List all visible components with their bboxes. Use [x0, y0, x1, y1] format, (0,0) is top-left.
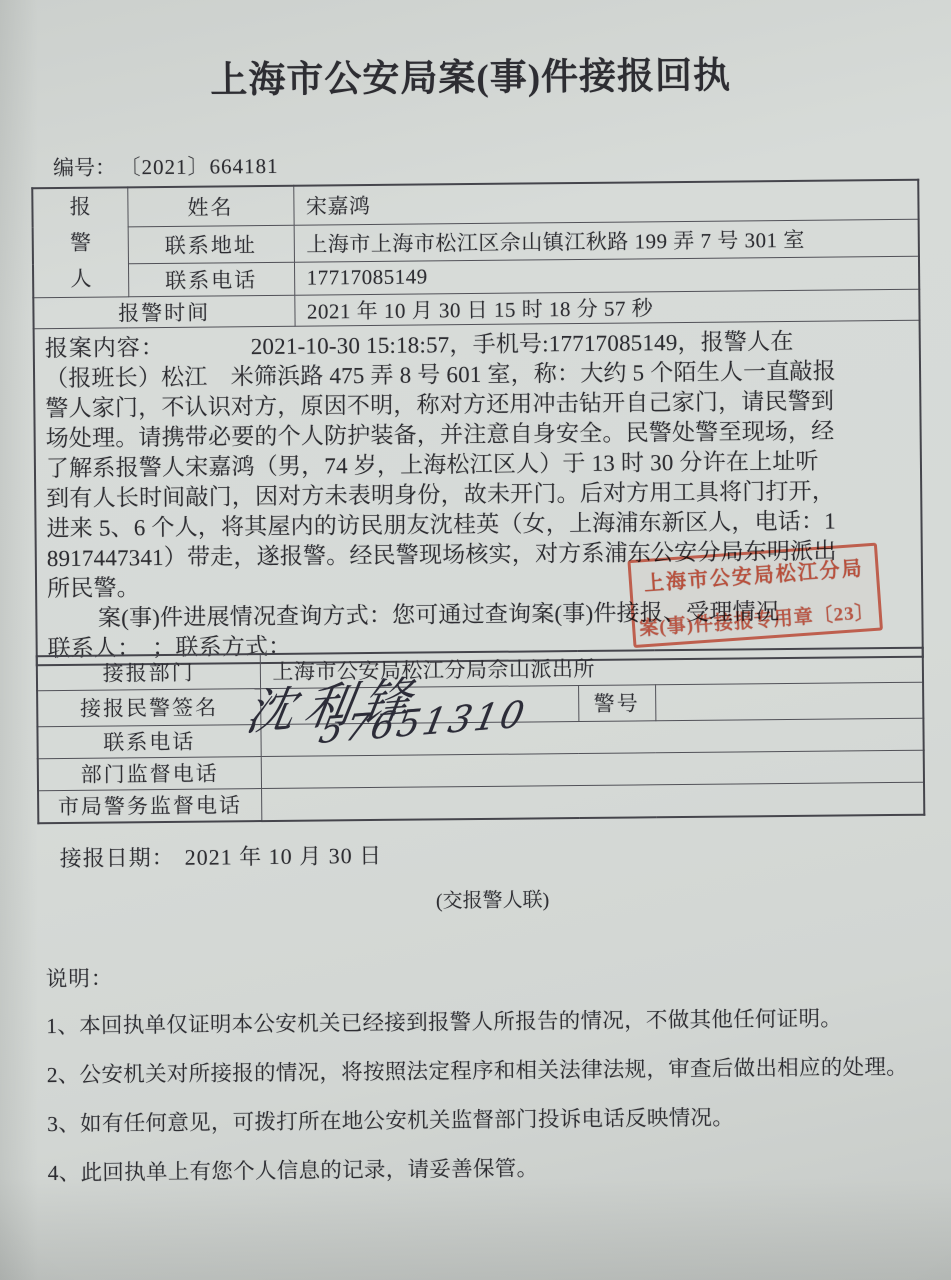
name-label: 姓名	[127, 186, 293, 227]
doc-number-label: 编号：	[53, 155, 116, 180]
receiving-dept-label: 接报部门	[37, 654, 260, 690]
police-stamp: 上海市公安局松江分局 案(事)件接报专用章〔23〕	[627, 543, 883, 648]
photo-background: 上海市公安局案(事)件接报回执 编号：〔2021〕664181 报警人 姓名 宋…	[0, 0, 951, 1280]
report-content-label: 报案内容：	[45, 335, 165, 361]
notes-heading: 说明：	[46, 956, 936, 995]
badge-number-label: 警号	[578, 684, 655, 721]
police-receipt-document: 上海市公安局案(事)件接报回执 编号：〔2021〕664181 报警人 姓名 宋…	[0, 0, 951, 1280]
doc-number-value: 〔2021〕664181	[130, 154, 279, 179]
note-item-1: 1、本回执单仅证明本公安机关已经接到报警人所报告的情况，不做其他任何证明。	[46, 1003, 936, 1042]
reporter-group-cell: 报警人	[32, 187, 128, 297]
address-value: 上海市上海市松江区佘山镇江秋路 199 弄 7 号 301 室	[294, 219, 919, 262]
note-item-2: 2、公安机关对所接报的情况，将按照法定程序和相关法律法规，审查后做出相应的处理。	[47, 1052, 937, 1091]
page-title: 上海市公安局案(事)件接报回执	[0, 51, 946, 106]
copy-note: (交报警人联)	[3, 879, 951, 917]
contact-phone-label: 联系电话	[37, 724, 260, 758]
stamp-line-1: 上海市公安局松江分局	[631, 551, 876, 597]
address-label: 联系地址	[128, 225, 294, 264]
note-item-3: 3、如有任何意见，可拨打所在地公安机关监督部门投诉电话反映情况。	[47, 1101, 937, 1140]
receive-date-label: 接报日期：	[60, 845, 175, 871]
city-supervision-phone-cell	[261, 782, 924, 821]
dept-supervision-phone-label: 部门监督电话	[38, 756, 261, 790]
receive-date: 接报日期：2021 年 10 月 30 日	[60, 839, 383, 873]
phone-label: 联系电话	[128, 262, 294, 297]
badge-number-value	[655, 682, 923, 721]
notes-section: 说明： 1、本回执单仅证明本公安机关已经接到报警人所报告的情况，不做其他任何证明…	[46, 956, 938, 1208]
name-value: 宋嘉鸿	[293, 180, 918, 225]
content-first-line: 2021-10-30 15:18:57，手机号:17717085149，报警人在	[251, 329, 794, 359]
receive-date-value: 2021 年 10 月 30 日	[185, 843, 383, 870]
reporter-group-label: 报警人	[69, 189, 92, 297]
doc-number: 编号：〔2021〕664181	[53, 150, 279, 182]
report-time-label: 报警时间	[33, 295, 294, 329]
note-item-4: 4、此回执单上有您个人信息的记录，请妥善保管。	[48, 1150, 938, 1189]
city-supervision-phone-label: 市局警务监督电话	[38, 788, 261, 823]
officer-signature-label: 接报民警签名	[37, 688, 260, 726]
